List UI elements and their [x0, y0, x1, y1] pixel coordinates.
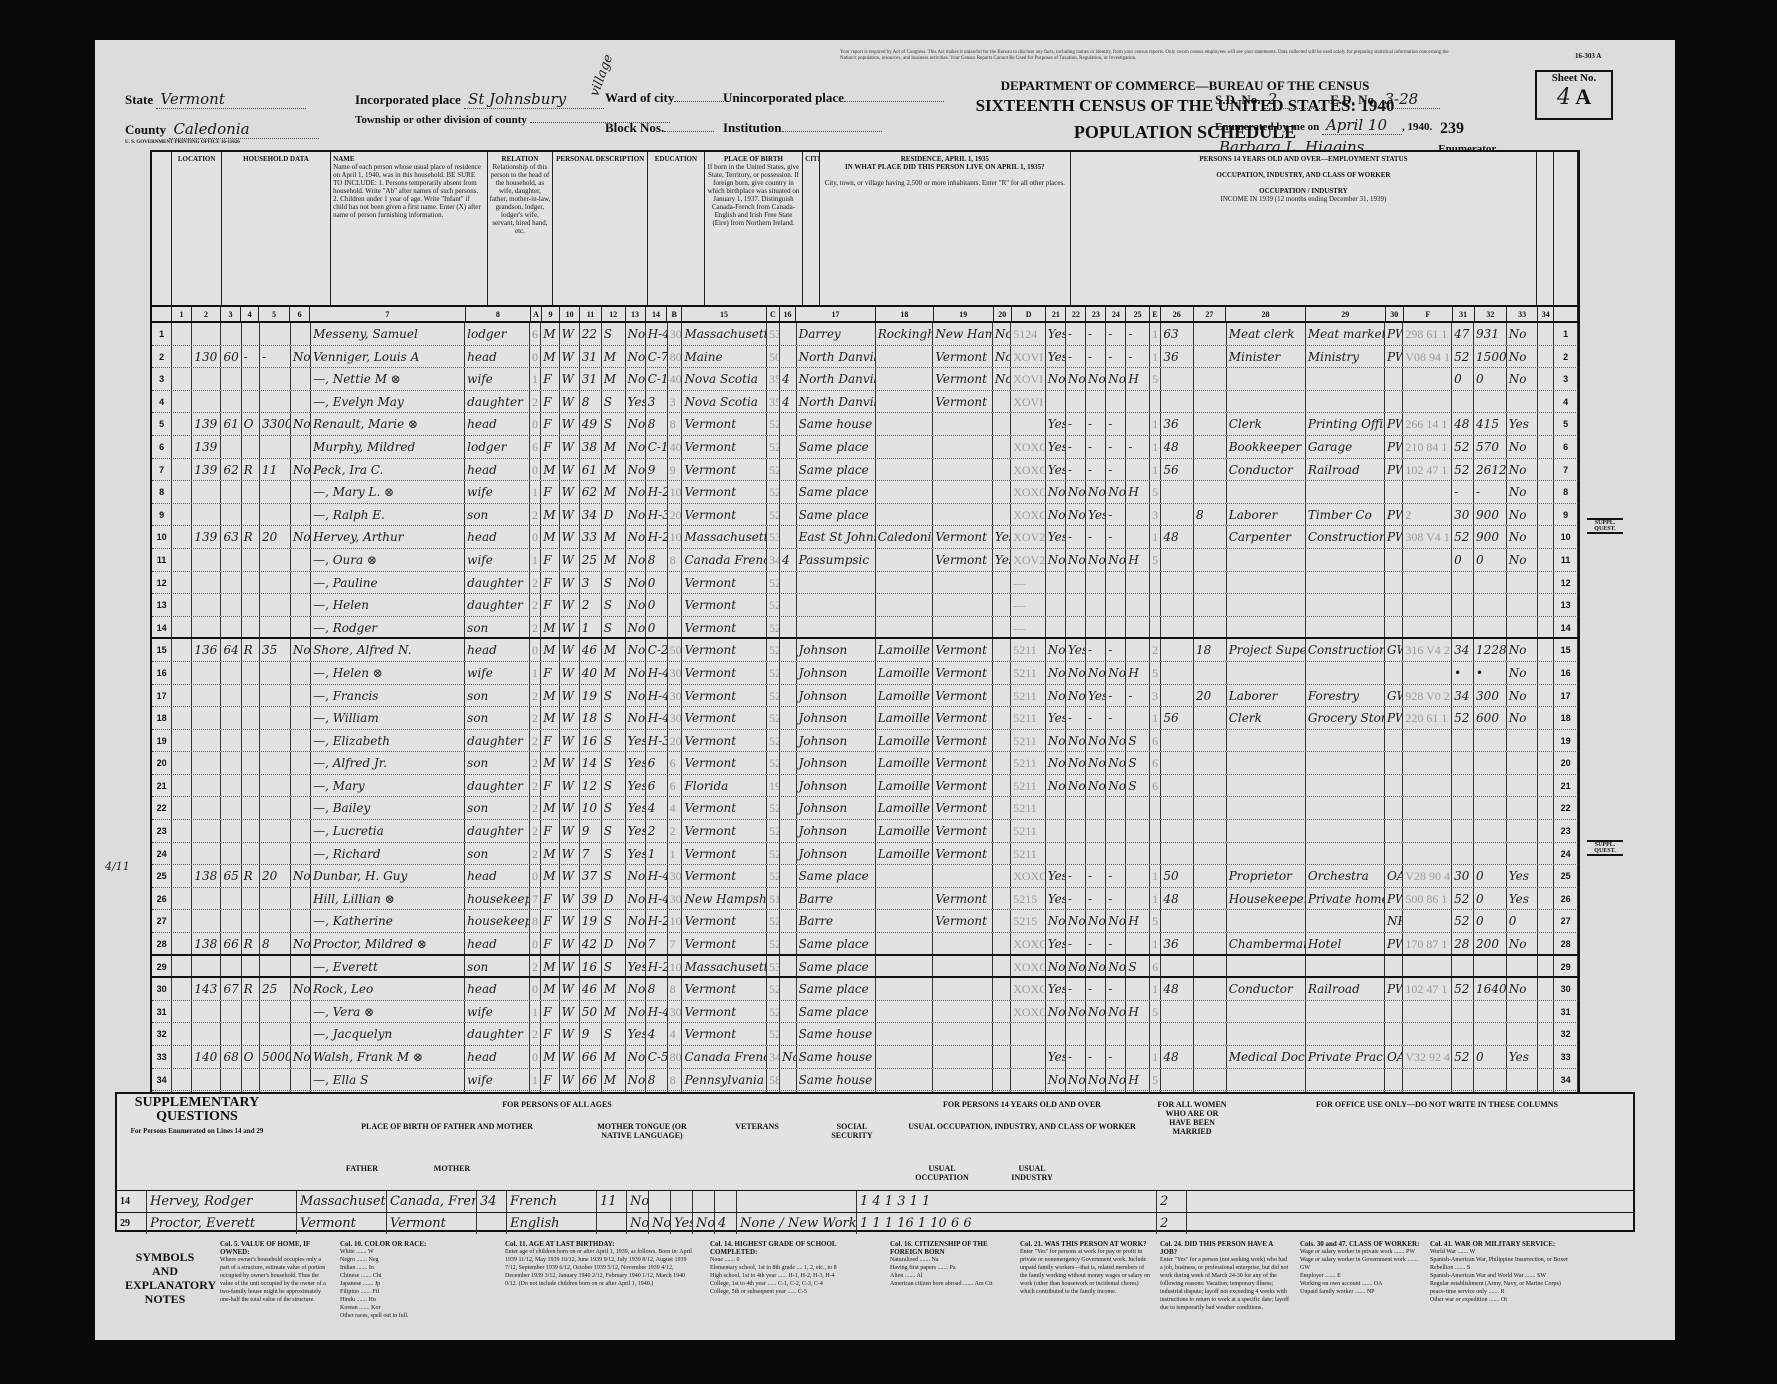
cell-c: 52	[767, 594, 780, 616]
cell-street	[172, 662, 192, 684]
cell-birthplace: Vermont	[682, 707, 766, 729]
column-number: 13	[626, 307, 646, 321]
table-row: 14—, Rodgerson2MW1SNo0Vermont52—14	[152, 617, 1578, 640]
cell-d: 5211	[1011, 730, 1045, 752]
cell-other: No	[1507, 933, 1538, 954]
cell-c: 52	[767, 1001, 780, 1023]
cell-value	[260, 572, 291, 594]
cell-farm35	[993, 1023, 1011, 1045]
cell-relation: housekeeper's daughter	[465, 910, 530, 932]
cell-name: Hervey, Arthur	[311, 526, 465, 548]
cell-race: W	[560, 617, 580, 638]
cell-grade: 8	[646, 1069, 668, 1091]
cell-d: XOV2	[1011, 526, 1045, 548]
cell-cit	[780, 639, 797, 661]
cell-c24: -	[1106, 639, 1126, 661]
cell-value	[260, 730, 291, 752]
cell-race: W	[560, 504, 580, 526]
cell-c21	[1046, 391, 1066, 413]
cell-sex: F	[541, 413, 559, 435]
cell-c25	[1126, 933, 1150, 954]
cell-hh	[221, 752, 241, 774]
cell-house: 130	[192, 346, 221, 368]
cell-c24	[1106, 843, 1126, 865]
cell-f	[1403, 1001, 1452, 1023]
cell-county35: Lamoille	[876, 685, 934, 707]
cell-line: 8	[152, 481, 172, 503]
cell-a: 2	[530, 391, 541, 413]
cell-industry: Timber Co	[1306, 504, 1385, 526]
supp-cell-y: 2	[1157, 1213, 1187, 1234]
cell-race: W	[560, 459, 580, 481]
cell-occupation	[1227, 752, 1306, 774]
cell-wages	[1474, 1023, 1507, 1045]
cell-sex: M	[541, 617, 559, 638]
cell-c22: -	[1066, 526, 1086, 548]
cell-line: 25	[1554, 865, 1578, 887]
cell-line: 18	[152, 707, 172, 729]
cell-name: —, Helen	[311, 594, 465, 616]
cell-f	[1403, 1023, 1452, 1045]
cell-county35	[876, 617, 934, 638]
cell-other: No	[1507, 323, 1538, 345]
cell-line: 13	[1554, 594, 1578, 616]
note-item: White ....... W	[340, 1248, 490, 1256]
cell-school: No	[626, 481, 646, 503]
cell-a: 1	[530, 662, 541, 684]
cell-house	[192, 843, 221, 865]
column-number: 28	[1226, 307, 1306, 321]
cell-e	[1150, 1023, 1161, 1045]
cell-own	[242, 730, 260, 752]
cell-b: 8	[668, 549, 683, 571]
table-row: 18—, Williamson2MW18SNoH-430Vermont52Joh…	[152, 707, 1578, 730]
cell-f: 102 47 1	[1403, 978, 1452, 1000]
cell-e: 1	[1150, 526, 1161, 548]
cell-value: 20	[260, 526, 291, 548]
supp-cell-g	[477, 1213, 507, 1234]
column-number: F	[1404, 307, 1453, 321]
institution-field: Institution	[723, 120, 882, 136]
cell-b: 20	[668, 504, 683, 526]
cell-own	[242, 797, 260, 819]
cell-c25: -	[1126, 685, 1150, 707]
cell-hours: 36	[1161, 413, 1194, 435]
cell-birthplace: Vermont	[682, 594, 766, 616]
cell-e: 3	[1150, 504, 1161, 526]
column-number: 33	[1507, 307, 1538, 321]
cell-other: No	[1507, 978, 1538, 1000]
cell-farm35	[993, 572, 1011, 594]
cell-c25: S	[1126, 730, 1150, 752]
cell-farmsched	[1538, 797, 1555, 819]
cell-farm35: Yes	[993, 526, 1011, 548]
cell-farm35	[993, 617, 1011, 638]
column-number: 1	[172, 307, 192, 321]
cell-name: Walsh, Frank M ⊗	[311, 1046, 465, 1068]
cell-class	[1385, 1001, 1403, 1023]
cell-c24: -	[1106, 459, 1126, 481]
cell-c21	[1046, 594, 1066, 616]
supp-cell-tongue: French	[507, 1191, 597, 1212]
cell-state35	[933, 459, 992, 481]
cell-c23: No	[1086, 730, 1106, 752]
cell-other: No	[1507, 526, 1538, 548]
cell-cit	[780, 1069, 797, 1091]
county-value: Caledonia	[169, 120, 319, 139]
cell-age: 2	[580, 594, 602, 616]
cell-relation: head	[465, 639, 530, 661]
cell-relation: daughter	[465, 730, 530, 752]
cell-dur: 8	[1194, 504, 1227, 526]
cell-wages: 570	[1474, 436, 1507, 458]
cell-c: 52	[767, 436, 780, 458]
cell-sex: F	[541, 820, 559, 842]
cell-farm: No	[291, 639, 311, 661]
cell-age: 39	[580, 888, 602, 910]
cell-line: 6	[1554, 436, 1578, 458]
cell-wages: 300	[1474, 685, 1507, 707]
cell-farm	[291, 730, 311, 752]
cell-line: 4	[1554, 391, 1578, 413]
cell-marital: S	[602, 797, 626, 819]
note-item: Spanish-American War and World War .....…	[1430, 1272, 1570, 1280]
cell-city35: Same place	[797, 978, 876, 1000]
cell-class: PW	[1385, 413, 1403, 435]
cell-cit	[780, 459, 797, 481]
cell-line: 32	[1554, 1023, 1578, 1045]
cell-occupation: Housekeeper	[1227, 888, 1306, 910]
cell-hours	[1161, 639, 1194, 661]
cell-own	[242, 775, 260, 797]
cell-race: W	[560, 481, 580, 503]
cell-hh	[221, 436, 241, 458]
table-row: 32—, Jacquelyndaughter2FW9SYes44Vermont5…	[152, 1023, 1578, 1046]
cell-dur	[1194, 956, 1227, 977]
cell-marital: M	[602, 346, 626, 368]
cell-street	[172, 549, 192, 571]
cell-farmsched	[1538, 707, 1555, 729]
column-number: 26	[1161, 307, 1194, 321]
cell-sex: F	[541, 662, 559, 684]
cell-line: 28	[152, 933, 172, 954]
cell-line: 22	[152, 797, 172, 819]
column-number: 12	[602, 307, 626, 321]
cell-farm35: Yes	[993, 549, 1011, 571]
cell-relation: son	[465, 617, 530, 638]
cell-farm35	[993, 752, 1011, 774]
cell-state35: Vermont	[933, 910, 992, 932]
cell-name: Venniger, Louis A	[311, 346, 465, 368]
cell-wages	[1474, 820, 1507, 842]
table-row: 17—, Francisson2MW19SNoH-430Vermont52Joh…	[152, 685, 1578, 708]
cell-c: 52	[767, 843, 780, 865]
cell-dur	[1194, 436, 1227, 458]
cell-industry	[1306, 820, 1385, 842]
cell-own: R	[242, 978, 260, 1000]
cell-city35: Same house	[797, 1069, 876, 1091]
cell-relation: lodger	[465, 436, 530, 458]
cell-weeks: 0	[1452, 368, 1474, 390]
cell-age: 9	[580, 1023, 602, 1045]
cell-own: R	[242, 526, 260, 548]
supp-cell-mother: Vermont	[387, 1213, 477, 1234]
header-employment: PERSONS 14 YEARS OLD AND OVER—EMPLOYMENT…	[1071, 152, 1538, 305]
cell-c23	[1086, 572, 1106, 594]
cell-c23: -	[1086, 933, 1106, 954]
cell-county35	[876, 888, 934, 910]
cell-farmsched	[1538, 956, 1555, 977]
cell-occupation	[1227, 820, 1306, 842]
cell-line: 32	[152, 1023, 172, 1045]
cell-other	[1507, 1001, 1538, 1023]
column-number: 25	[1126, 307, 1150, 321]
cell-e: 6	[1150, 956, 1161, 977]
cell-farmsched	[1538, 1069, 1555, 1091]
cell-farmsched	[1538, 888, 1555, 910]
cell-industry: Garage	[1306, 436, 1385, 458]
cell-c: 35	[767, 391, 780, 413]
cell-farm	[291, 843, 311, 865]
cell-a: 6	[530, 436, 541, 458]
note-item: World War ....... W	[1430, 1248, 1570, 1256]
cell-class	[1385, 956, 1403, 977]
column-number: 27	[1194, 307, 1227, 321]
cell-farm35	[993, 1069, 1011, 1091]
cell-b: 40	[668, 368, 683, 390]
cell-c24: No	[1106, 1069, 1126, 1091]
cell-hours	[1161, 820, 1194, 842]
cell-industry	[1306, 752, 1385, 774]
cell-own: O	[242, 1046, 260, 1068]
cell-occupation	[1227, 730, 1306, 752]
cell-c25: H	[1126, 368, 1150, 390]
cell-birthplace: Vermont	[682, 617, 766, 638]
cell-line: 20	[1554, 752, 1578, 774]
cell-c: 52	[767, 865, 780, 887]
cell-other	[1507, 730, 1538, 752]
census-sheet: Your report is required by Act of Congre…	[95, 40, 1675, 1340]
cell-line: 7	[1554, 459, 1578, 481]
cell-state35	[933, 1001, 992, 1023]
cell-farmsched	[1538, 526, 1555, 548]
cell-hours: 48	[1161, 526, 1194, 548]
cell-c21: Yes	[1046, 526, 1066, 548]
state-value: Vermont	[156, 90, 306, 109]
cell-hours	[1161, 368, 1194, 390]
cell-d: XOXO	[1011, 481, 1045, 503]
table-row: 11—, Oura ⊗wife1FW25MNo88Canada French34…	[152, 549, 1578, 572]
cell-birthplace: Vermont	[682, 910, 766, 932]
cell-weeks	[1452, 1001, 1474, 1023]
cell-line: 23	[152, 820, 172, 842]
cell-farm: No	[291, 865, 311, 887]
cell-sex: M	[541, 526, 559, 548]
cell-c23: -	[1086, 323, 1106, 345]
cell-c: 52	[767, 978, 780, 1000]
cell-grade: 0	[646, 594, 668, 616]
cell-industry	[1306, 956, 1385, 977]
cell-c25: -	[1126, 323, 1150, 345]
cell-occupation	[1227, 775, 1306, 797]
cell-c23: No	[1086, 549, 1106, 571]
cell-f: 500 86 1	[1403, 888, 1452, 910]
cell-value	[260, 685, 291, 707]
cell-city35: Same place	[797, 504, 876, 526]
cell-c22: -	[1066, 323, 1086, 345]
cell-c21: No	[1046, 368, 1066, 390]
cell-c23: No	[1086, 481, 1106, 503]
state-field: State Vermont	[125, 90, 306, 109]
supp-cell-ss43: No	[693, 1213, 715, 1234]
cell-industry	[1306, 481, 1385, 503]
cell-e	[1150, 617, 1161, 638]
cell-b: 8	[668, 978, 683, 1000]
cell-c23: -	[1086, 1046, 1106, 1068]
cell-age: 10	[580, 797, 602, 819]
cell-own: R	[242, 639, 260, 661]
cell-c21: No	[1046, 504, 1066, 526]
column-number: B	[667, 307, 682, 321]
cell-c24: No	[1106, 368, 1126, 390]
supp-cell-name: Proctor, Everett	[147, 1213, 297, 1234]
cell-grade: C-1	[646, 436, 668, 458]
cell-county35: Lamoille	[876, 662, 934, 684]
column-number: 17	[796, 307, 876, 321]
cell-state35: Vermont	[933, 662, 992, 684]
note-item: Hindu ....... Hn	[340, 1296, 490, 1304]
cell-other: Yes	[1507, 1046, 1538, 1068]
column-number: E	[1150, 307, 1161, 321]
cell-farmsched	[1538, 323, 1555, 345]
cell-class: PW	[1385, 888, 1403, 910]
cell-c23: -	[1086, 459, 1106, 481]
cell-school: No	[626, 572, 646, 594]
cell-street	[172, 526, 192, 548]
cell-name: Messeny, Samuel	[311, 323, 465, 345]
cell-school: No	[626, 662, 646, 684]
table-row: 8—, Mary L. ⊗wife1FW62MNoH-210Vermont52S…	[152, 481, 1578, 504]
cell-farmsched	[1538, 549, 1555, 571]
cell-marital: M	[602, 526, 626, 548]
table-row: 1Messeny, Samuellodger6MW22SNoH-430Massa…	[152, 323, 1578, 346]
cell-b	[668, 594, 683, 616]
cell-race: W	[560, 1001, 580, 1023]
note-item: Korean ....... Kor	[340, 1304, 490, 1312]
note-item: Japanese ....... Jp	[340, 1280, 490, 1288]
cell-race: W	[560, 572, 580, 594]
cell-state35	[933, 617, 992, 638]
cell-street	[172, 368, 192, 390]
cell-name: —, Lucretia	[311, 820, 465, 842]
cell-relation: son	[465, 685, 530, 707]
cell-state35: Vermont	[933, 707, 992, 729]
cell-line: 30	[152, 978, 172, 1000]
cell-c21: No	[1046, 910, 1066, 932]
cell-relation: head	[465, 865, 530, 887]
cell-birthplace: Canada French	[682, 1046, 766, 1068]
suppl-tag-14: SUPPL. QUEST.	[1587, 518, 1623, 534]
cell-d: 5211	[1011, 662, 1045, 684]
cell-e: 3	[1150, 685, 1161, 707]
supp-cell-h: 11	[597, 1191, 627, 1212]
cell-other: No	[1507, 368, 1538, 390]
cell-name: Dunbar, H. Guy	[311, 865, 465, 887]
cell-age: 61	[580, 459, 602, 481]
cell-c22: No	[1066, 481, 1086, 503]
note-item: College, 5th or subsequent year ...... C…	[710, 1288, 880, 1296]
cell-farm	[291, 1023, 311, 1045]
cell-sex: M	[541, 797, 559, 819]
cell-grade: 0	[646, 617, 668, 638]
cell-age: 34	[580, 504, 602, 526]
note-item: Negro ....... Neg	[340, 1256, 490, 1264]
cell-street	[172, 730, 192, 752]
cell-relation: son	[465, 707, 530, 729]
cell-relation: head	[465, 526, 530, 548]
cell-sex: M	[541, 707, 559, 729]
cell-c24	[1106, 1023, 1126, 1045]
cell-city35: Johnson	[797, 662, 876, 684]
cell-grade: C-2	[646, 639, 668, 661]
cell-farm	[291, 1069, 311, 1091]
cell-birthplace: Vermont	[682, 685, 766, 707]
cell-own: R	[242, 865, 260, 887]
cell-hours	[1161, 662, 1194, 684]
cell-relation: housekeeper	[465, 888, 530, 910]
cell-line: 24	[152, 843, 172, 865]
cell-sex: F	[541, 594, 559, 616]
cell-dur	[1194, 1069, 1227, 1091]
cell-b: 50	[668, 639, 683, 661]
supplementary-questions: SUPPLEMENTARY QUESTIONSFor Persons Enume…	[115, 1092, 1635, 1232]
cell-marital: S	[602, 956, 626, 977]
table-row: 4—, Evelyn Maydaughter2FW8SYes33Nova Sco…	[152, 391, 1578, 414]
cell-industry: Ministry	[1306, 346, 1385, 368]
cell-farm35	[993, 436, 1011, 458]
cell-d	[1011, 413, 1045, 435]
county-field: County Caledonia	[125, 120, 319, 139]
cell-c21: No	[1046, 1001, 1066, 1023]
cell-house: 139	[192, 413, 221, 435]
cell-farmsched	[1538, 1001, 1555, 1023]
cell-farmsched	[1538, 594, 1555, 616]
cell-wages: 1500	[1474, 346, 1507, 368]
cell-cit	[780, 956, 797, 977]
cell-weeks	[1452, 775, 1474, 797]
cell-age: 3	[580, 572, 602, 594]
cell-relation: wife	[465, 481, 530, 503]
cell-own	[242, 685, 260, 707]
cell-b: 4	[668, 1023, 683, 1045]
cell-value	[260, 368, 291, 390]
cell-cit	[780, 594, 797, 616]
cell-d	[1011, 1069, 1045, 1091]
cell-c: 34	[767, 1046, 780, 1068]
cell-c22	[1066, 797, 1086, 819]
cell-line: 12	[152, 572, 172, 594]
cell-c21: No	[1046, 685, 1066, 707]
cell-house	[192, 617, 221, 638]
cell-farm35	[993, 843, 1011, 865]
supp-row: 29Proctor, EverettVermontVermontEnglishN…	[117, 1212, 1633, 1234]
cell-hh	[221, 820, 241, 842]
cell-cit	[780, 346, 797, 368]
cell-street	[172, 752, 192, 774]
cell-c: 52	[767, 1023, 780, 1045]
cell-city35: East St Johnsbury	[797, 526, 876, 548]
cell-dur	[1194, 413, 1227, 435]
